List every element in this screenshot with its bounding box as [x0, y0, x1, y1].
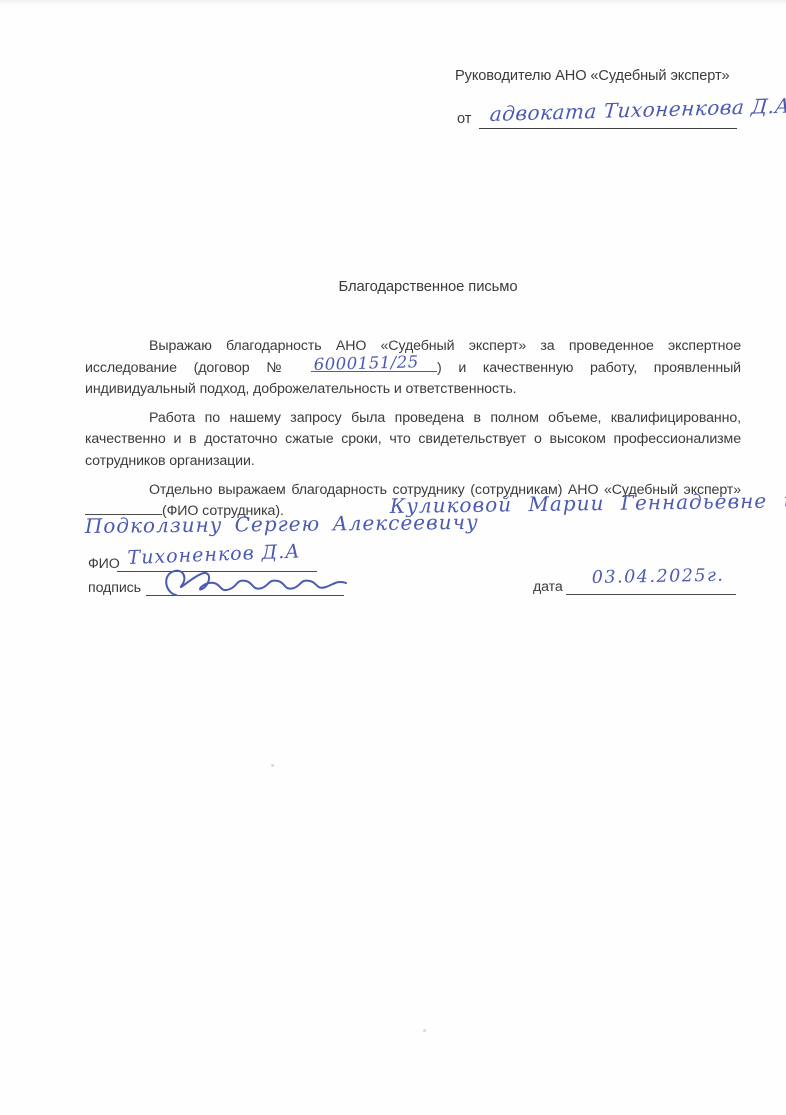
from-line: от адвоката Тихоненкова Д.А.: [457, 104, 740, 134]
signature-scribble: [160, 563, 356, 603]
contract-number-handwritten: 6000151/25: [313, 351, 419, 375]
recipient-line: Руководителю АНО «Судебный эксперт»: [455, 68, 730, 84]
paragraph-quality: Работа по нашему запросу была проведена …: [85, 408, 741, 473]
letter-body: Выражаю благодарность АНО «Судебный эксп…: [85, 336, 741, 530]
date-underline: [566, 594, 736, 595]
fio-label: ФИО: [88, 556, 120, 572]
paragraph-gratitude: Выражаю благодарность АНО «Судебный эксп…: [85, 336, 741, 401]
date-label: дата: [533, 579, 563, 595]
scan-speck: [423, 1029, 426, 1032]
letter-title: Благодарственное письмо: [100, 279, 756, 295]
employees-handwritten-line2: Подколзину Сергею Алексеевичу: [85, 510, 479, 538]
contract-number-blank: 6000151/25: [311, 358, 437, 372]
scan-edge-artifact: [0, 0, 786, 4]
from-label: от: [457, 111, 471, 127]
from-blank-underline: [479, 128, 737, 129]
scan-speck: [271, 764, 274, 767]
from-handwritten-text: адвоката Тихоненкова Д.А.: [489, 93, 786, 126]
scanned-letter-page: Руководителю АНО «Судебный эксперт» от а…: [0, 0, 786, 1115]
date-handwritten-text: 03.04.2025г.: [592, 566, 725, 588]
signature-label: подпись: [88, 580, 141, 596]
